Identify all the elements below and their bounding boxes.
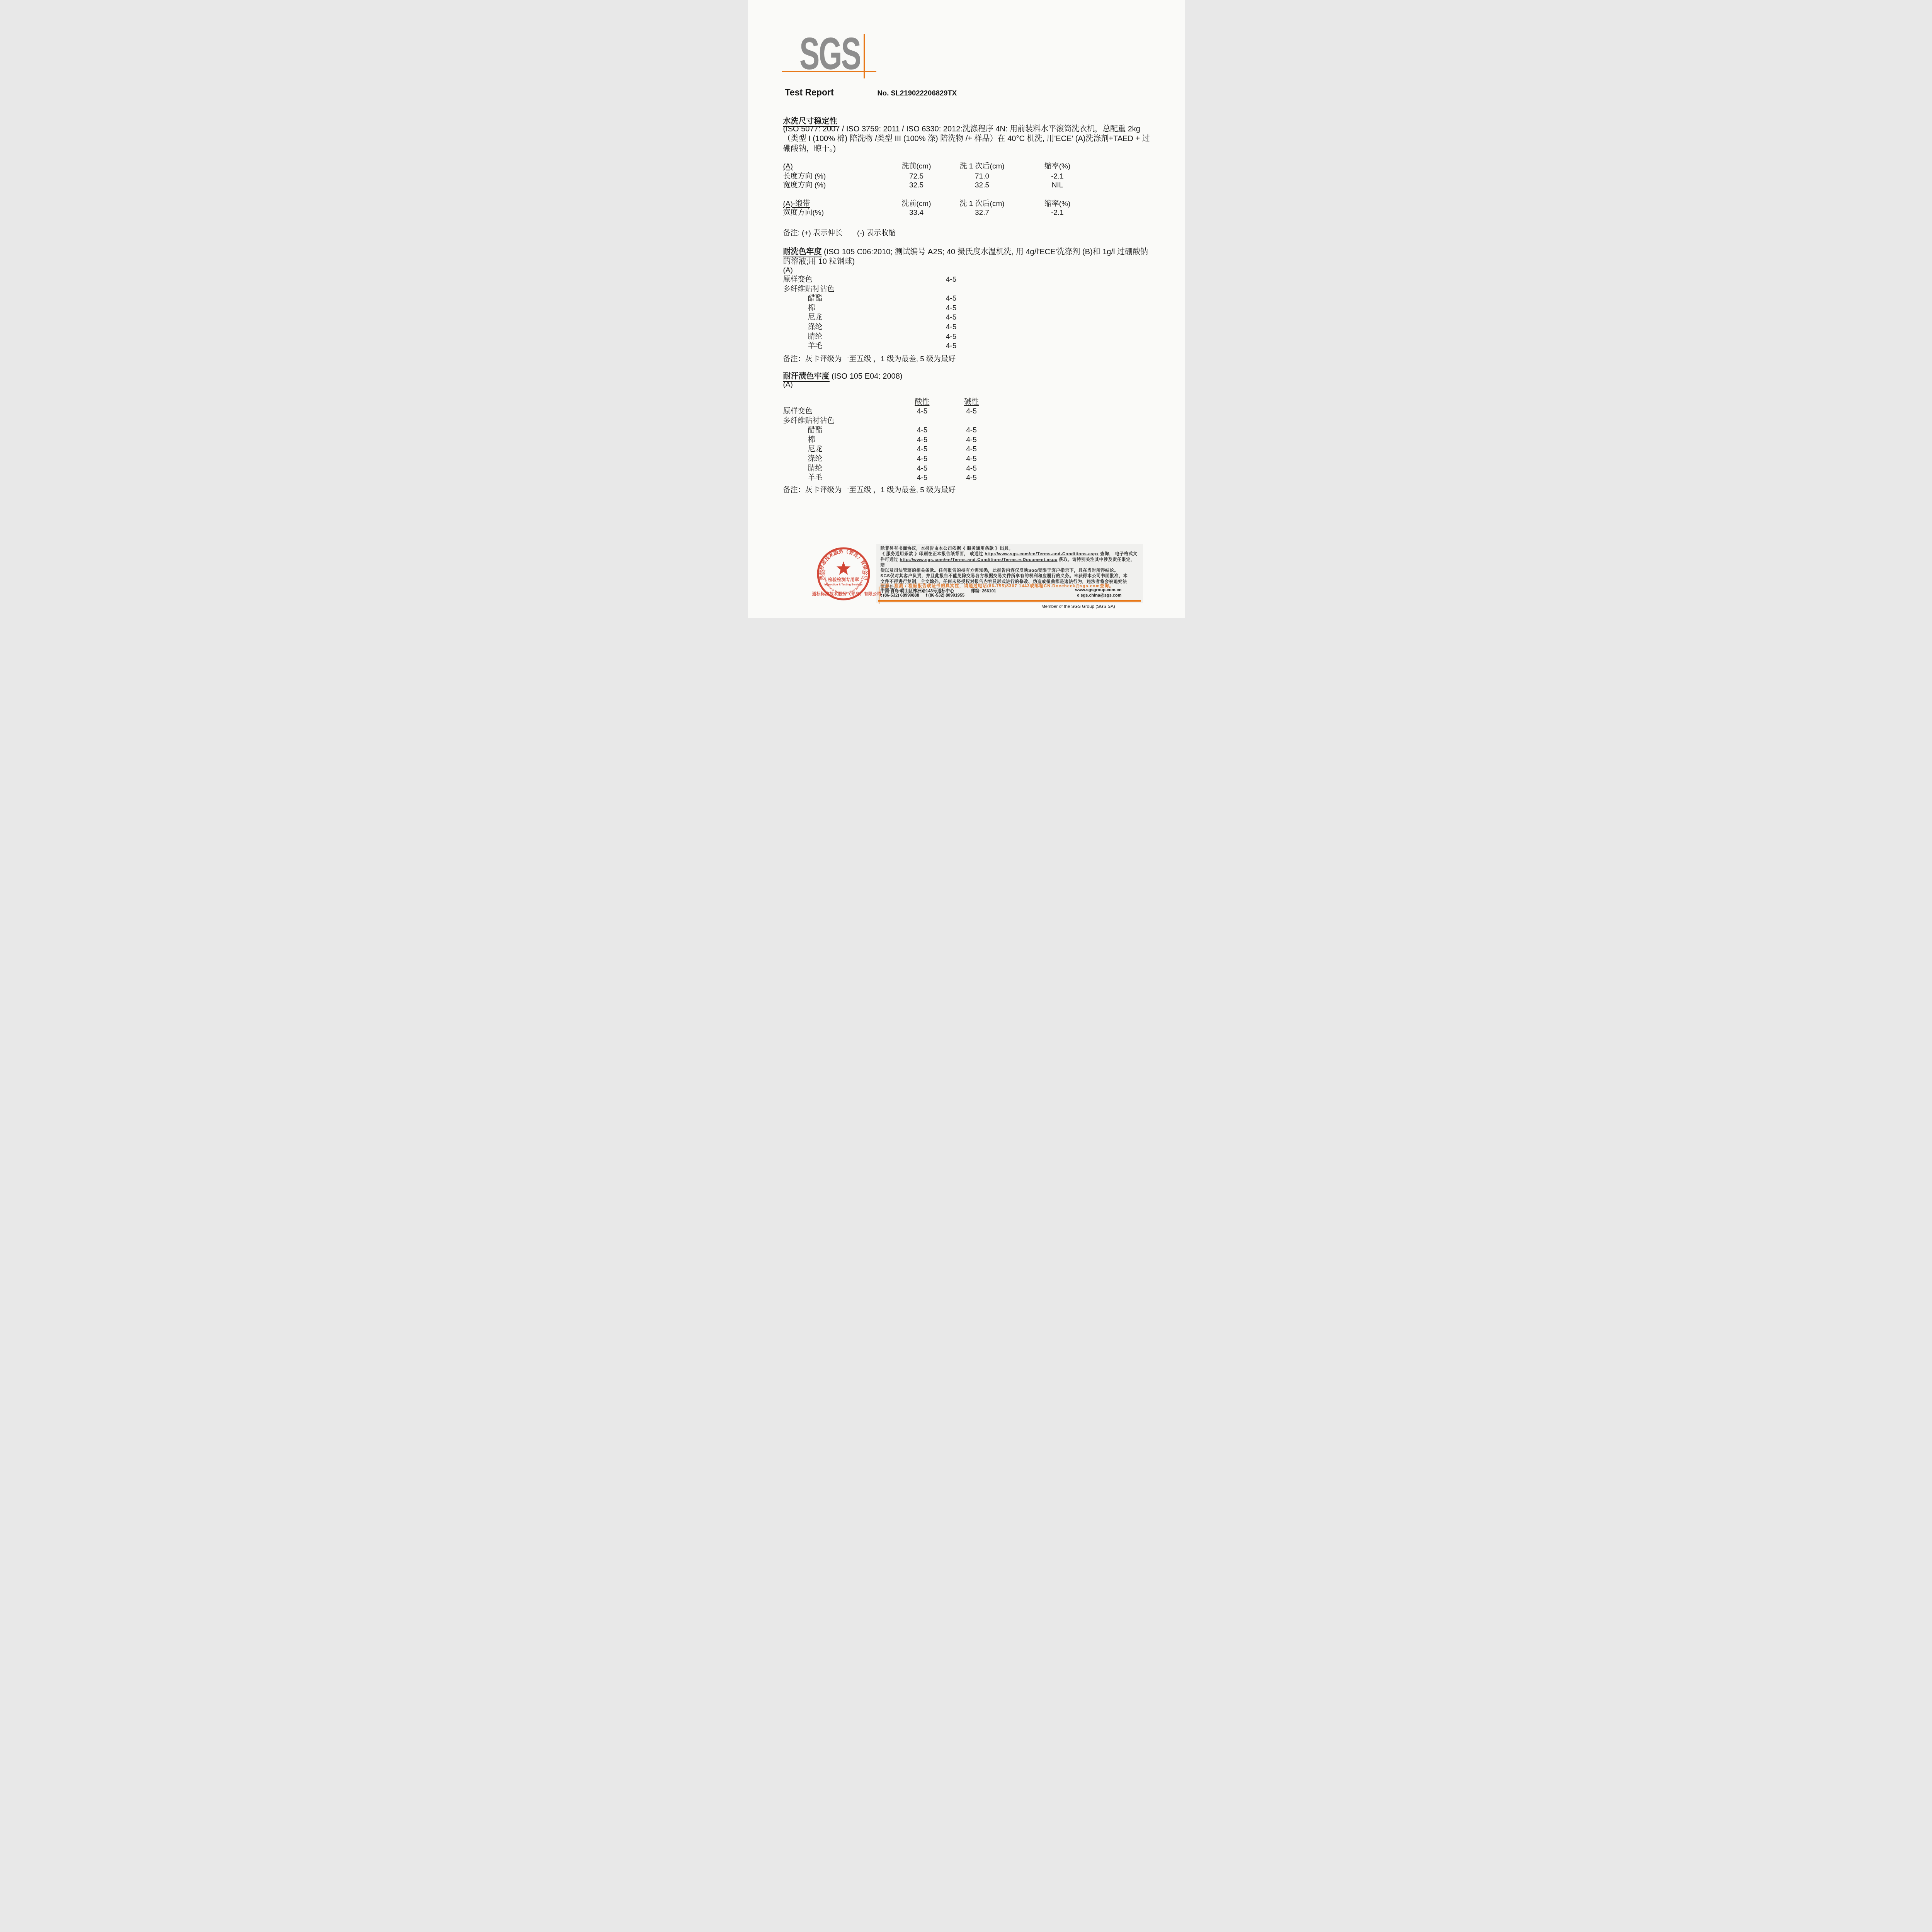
address-row: 中国·青岛·崂山区株洲路143号通标中心 邮编: 266101 www.sgsg…: [881, 588, 1122, 593]
stamp-company-name-line: 通标标准技术服务（青岛）有限公司: [812, 591, 879, 597]
stamp-seal-cn: 检验检测专用章: [828, 577, 859, 582]
result-row: 羊毛 4-5 4-5: [783, 473, 1000, 483]
result-row: 原样变色 4-5: [783, 275, 1000, 285]
legal-line: SGS仅对其客户负责，并且此报告不能免除交易各方根据交易文件所享有的权利和应履行…: [881, 573, 1139, 579]
result-row: 尼龙 4-5 4-5: [783, 445, 1000, 454]
table-row: 长度方向 (%) 72.5 71.0 -2.1: [783, 172, 1116, 181]
result-row: 醋酯 4-5 4-5: [783, 426, 1000, 435]
email: e sgs.china@sgs.com: [1077, 593, 1121, 598]
result-row: 棉 4-5 4-5: [783, 435, 1000, 445]
stamp-seal-en: Inspection & Testing Services: [824, 583, 862, 586]
terms-e-document-url: http://www.sgs.com/en/Terms-and-Conditio…: [900, 558, 1058, 562]
result-row: 棉 4-5: [783, 304, 1000, 313]
footer-orange-horizontal-line: [878, 600, 1141, 602]
result-row: 尼龙 4-5: [783, 313, 1000, 323]
result-row: 腈纶 4-5: [783, 332, 1000, 342]
table-wash-stability-ribbon: (A)-缎带 洗前(cm) 洗 1 次后(cm) 缩率(%) 宽度方向(%) 3…: [783, 200, 1116, 218]
star-icon: [836, 561, 850, 575]
result-row: 醋酯 4-5: [783, 294, 1000, 304]
wash-fastness-results: 原样变色 4-5 多纤维贴衬沾色 醋酯 4-5 棉 4-5 尼龙 4-5 涤纶 …: [783, 275, 1000, 351]
table-wash-stability-a: (A) 洗前(cm) 洗 1 次后(cm) 缩率(%) 长度方向 (%) 72.…: [783, 162, 1116, 190]
result-row: 涤纶 4-5 4-5: [783, 454, 1000, 464]
persp-fastness-note: 备注：灰卡评级为一至五级 ，1 级为最差, 5 级为最好: [783, 484, 956, 495]
table-row: 宽度方向(%) 33.4 32.7 -2.1: [783, 209, 1116, 217]
persp-fastness-column-headers: 酸性 碱性: [783, 398, 1000, 407]
legal-line: 偿以及司法管辖的相关条款。任何报告的持有方需知悉，此报告内容仅反映SGS受限于客…: [881, 568, 1139, 573]
report-number: No. SL219022206829TX: [878, 89, 957, 97]
result-row: 多纤维贴衬沾色: [783, 417, 1000, 426]
wash-fastness-note: 备注：灰卡评级为一至五级 ，1 级为最差, 5 级为最好: [783, 353, 956, 364]
result-row: 涤纶 4-5: [783, 323, 1000, 332]
sgs-group-membership: Member of the SGS Group (SGS SA): [1035, 604, 1122, 609]
phone-row: t (86-532) 68999888 f (86-532) 80991955 …: [881, 593, 1122, 599]
sgs-logo: SGS: [799, 31, 860, 77]
result-row: 腈纶 4-5 4-5: [783, 464, 1000, 474]
phone: t (86-532) 68999888: [881, 593, 919, 598]
result-row: 原样变色 4-5 4-5: [783, 407, 1000, 417]
wash-stability-note: 备注: (+) 表示伸长 (-) 表示收缩: [783, 227, 896, 238]
page-title: Test Report: [785, 87, 834, 98]
legal-line: 件可通过 http://www.sgs.com/en/Terms-and-Con…: [881, 557, 1139, 568]
wash-fastness-sample-label: (A): [783, 266, 793, 275]
test-report-page: SGS Test Report No. SL219022206829TX 水洗尺…: [748, 0, 1185, 618]
logo-orange-horizontal-line: [782, 71, 876, 72]
section-persp-fastness-heading: 耐汗渍色牢度 (ISO 105 E04: 2008): [783, 370, 903, 381]
table-row: 宽度方向 (%) 32.5 32.5 NIL: [783, 181, 1116, 190]
persp-fastness-sample-label: (A): [783, 381, 793, 389]
wash-stability-method: (ISO 5077: 2007 / ISO 3759: 2011 / ISO 6…: [783, 124, 1151, 154]
legal-line: 《 服务通用条款 》印刷在正本报告纸背面， 或通过 http://www.sgs…: [881, 551, 1139, 557]
result-row: 羊毛 4-5: [783, 342, 1000, 351]
result-row: 多纤维贴衬沾色: [783, 285, 1000, 294]
fax: f (86-532) 80991955: [926, 593, 964, 598]
table-header-row: (A) 洗前(cm) 洗 1 次后(cm) 缩率(%): [783, 162, 1116, 171]
terms-url: http://www.sgs.com/en/Terms-and-Conditio…: [985, 552, 1099, 556]
legal-line: 除非另有书面协议，本报告由本公司依据《 服务通用条款 》出具。: [881, 546, 1139, 551]
section-wash-fastness-heading: 耐洗色牢度 (ISO 105 C06:2010; 测试编号 A2S; 40 摄氏…: [783, 247, 1151, 267]
table-header-row: (A)-缎带 洗前(cm) 洗 1 次后(cm) 缩率(%): [783, 200, 1116, 208]
website: www.sgsgroup.com.cn: [1075, 588, 1122, 592]
persp-fastness-results: 原样变色 4-5 4-5 多纤维贴衬沾色 醋酯 4-5 4-5 棉 4-5 4-…: [783, 407, 1000, 483]
